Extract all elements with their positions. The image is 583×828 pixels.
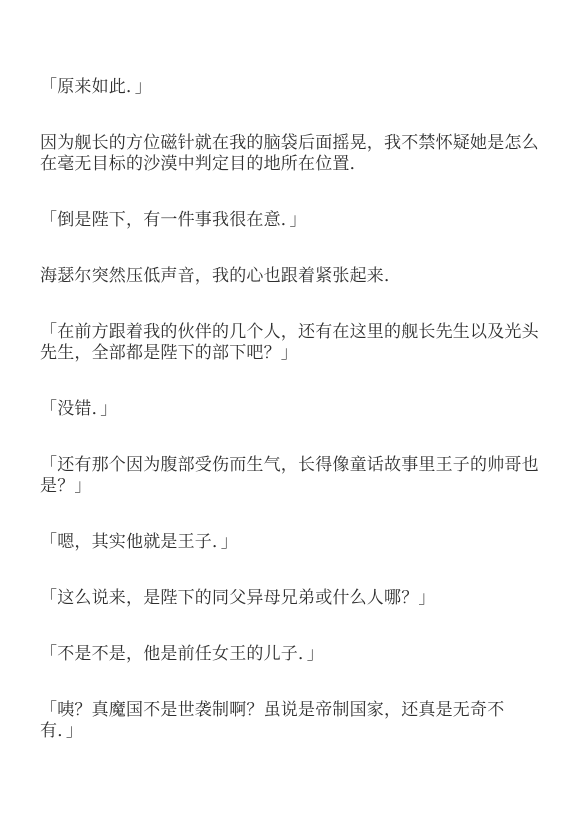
- text-line: 先生，全部都是陛下的部下吧？」: [40, 342, 547, 363]
- paragraph: 「咦？真魔国不是世袭制啊？虽说是帝制国家，还真是无奇不 有．」: [40, 699, 547, 741]
- text-line: 「不是不是，他是前任女王的儿子．」: [40, 643, 547, 664]
- text-line: 在毫无目标的沙漠中判定目的地所在位置．: [40, 153, 547, 174]
- paragraph: 「这么说来，是陛下的同父异母兄弟或什么人哪？」: [40, 587, 547, 608]
- paragraph: 海瑟尔突然压低声音，我的心也跟着紧张起来．: [40, 265, 547, 286]
- paragraph: 「没错．」: [40, 398, 547, 419]
- paragraph: 「不是不是，他是前任女王的儿子．」: [40, 643, 547, 664]
- text-line: 海瑟尔突然压低声音，我的心也跟着紧张起来．: [40, 265, 547, 286]
- document-page: 「原来如此．」 因为舰长的方位磁针就在我的脑袋后面摇晃，我不禁怀疑她是怎么 在毫…: [0, 0, 583, 828]
- text-line: 「这么说来，是陛下的同父异母兄弟或什么人哪？」: [40, 587, 547, 608]
- paragraph: 因为舰长的方位磁针就在我的脑袋后面摇晃，我不禁怀疑她是怎么 在毫无目标的沙漠中判…: [40, 132, 547, 174]
- text-line: 「嗯，其实他就是王子．」: [40, 531, 547, 552]
- paragraph: 「嗯，其实他就是王子．」: [40, 531, 547, 552]
- paragraph: 「在前方跟着我的伙伴的几个人，还有在这里的舰长先生以及光头 先生，全部都是陛下的…: [40, 321, 547, 363]
- text-line: 「咦？真魔国不是世袭制啊？虽说是帝制国家，还真是无奇不: [40, 699, 547, 720]
- text-line: 是？」: [40, 475, 547, 496]
- text-line: 「没错．」: [40, 398, 547, 419]
- text-line: 「在前方跟着我的伙伴的几个人，还有在这里的舰长先生以及光头: [40, 321, 547, 342]
- paragraph: 「倒是陛下，有一件事我很在意．」: [40, 209, 547, 230]
- text-line: 「原来如此．」: [40, 76, 547, 97]
- text-content: 「原来如此．」 因为舰长的方位磁针就在我的脑袋后面摇晃，我不禁怀疑她是怎么 在毫…: [0, 0, 583, 741]
- paragraph: 「还有那个因为腹部受伤而生气，长得像童话故事里王子的帅哥也 是？」: [40, 454, 547, 496]
- text-line: 「倒是陛下，有一件事我很在意．」: [40, 209, 547, 230]
- paragraph: 「原来如此．」: [40, 76, 547, 97]
- text-line: 有．」: [40, 720, 547, 741]
- text-line: 因为舰长的方位磁针就在我的脑袋后面摇晃，我不禁怀疑她是怎么: [40, 132, 547, 153]
- text-line: 「还有那个因为腹部受伤而生气，长得像童话故事里王子的帅哥也: [40, 454, 547, 475]
